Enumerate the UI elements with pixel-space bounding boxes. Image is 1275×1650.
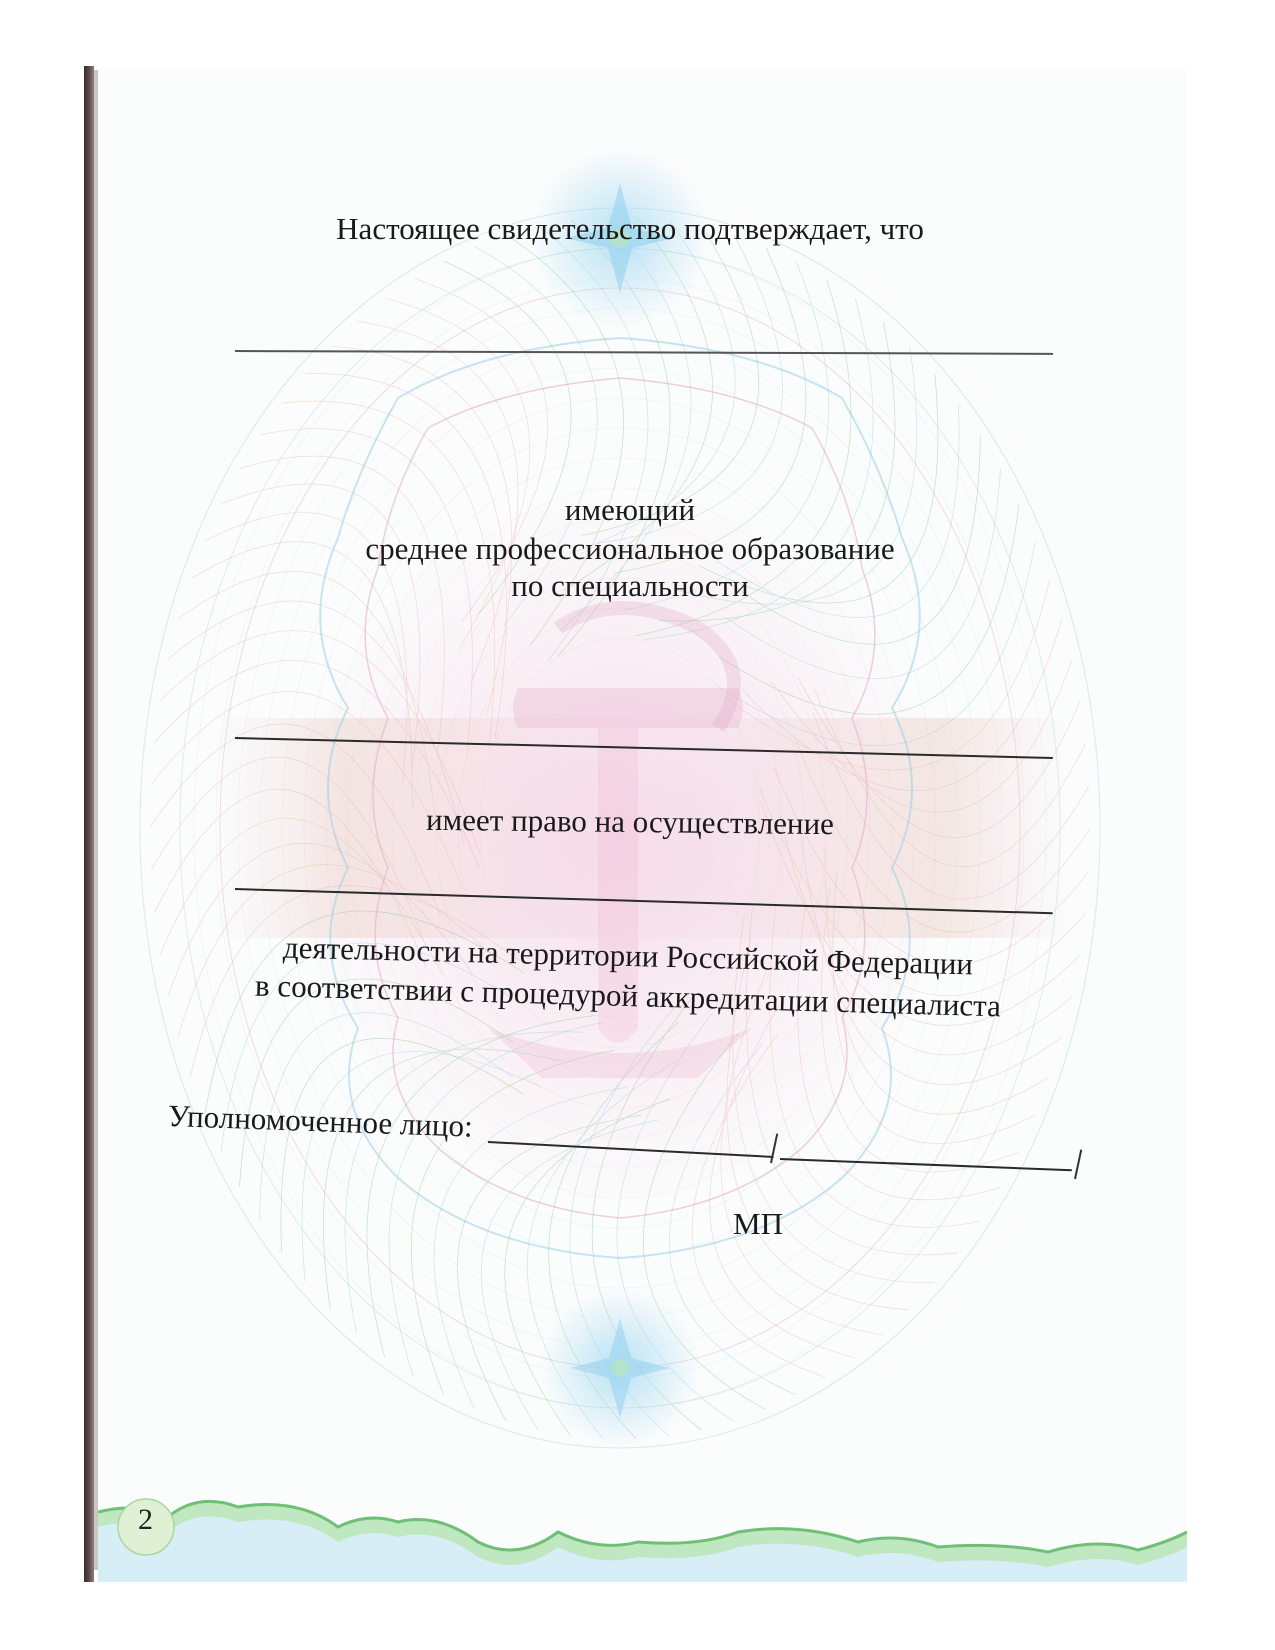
- education-text: среднее профессиональное образование: [298, 533, 962, 564]
- certificate-page: Настоящее свидетельство подтверждает, чт…: [98, 68, 1187, 1582]
- page-number: 2: [138, 1503, 153, 1537]
- having-text: имеющий: [330, 494, 930, 525]
- right-to-text: имеет право на осуществление: [330, 803, 930, 840]
- seal-label: МП: [728, 1208, 788, 1239]
- intro-text: Настоящее свидетельство подтверждает, чт…: [310, 213, 950, 244]
- binding-edge: [84, 66, 94, 1582]
- specialty-label: по специальности: [330, 570, 930, 601]
- footer-ornament: [98, 1472, 1187, 1582]
